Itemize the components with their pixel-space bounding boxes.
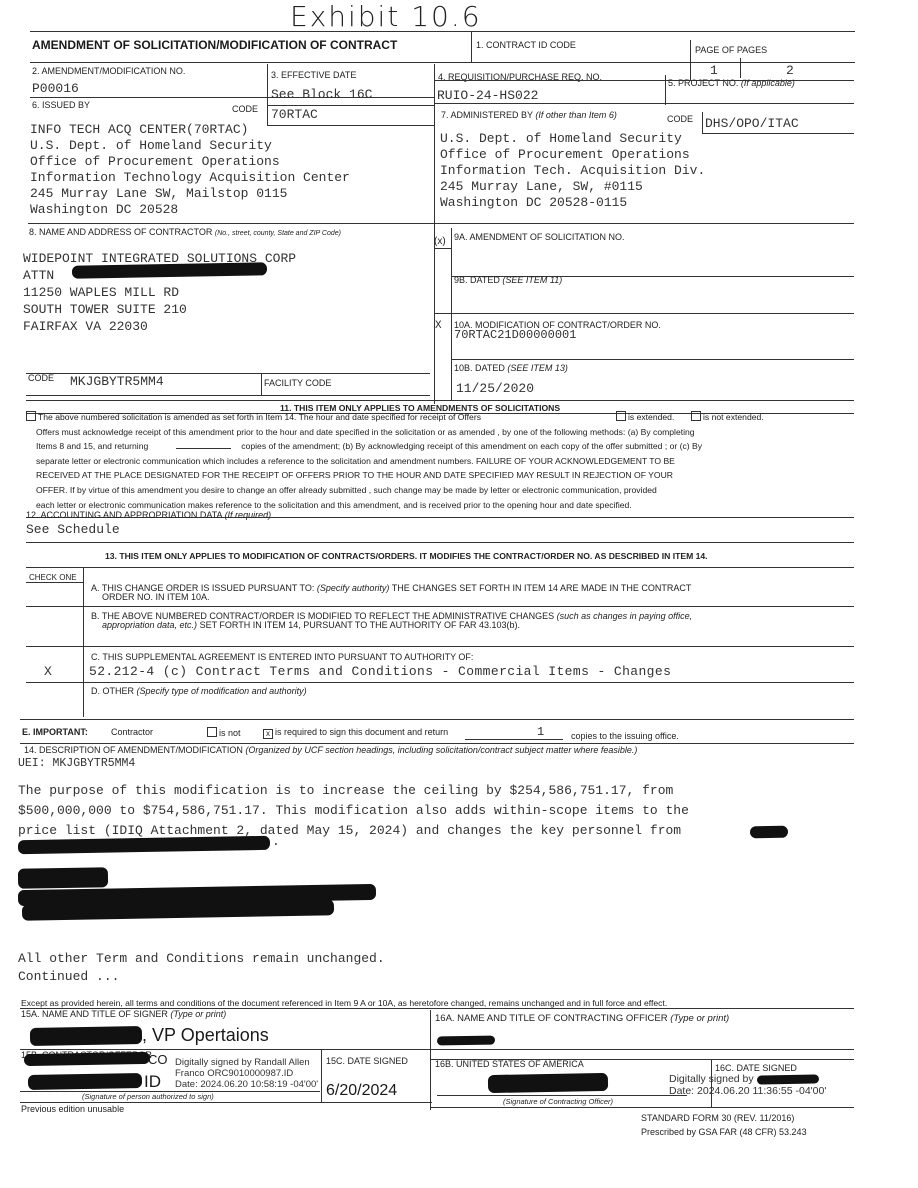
item7-code-label: CODE <box>667 114 693 124</box>
contractor-digital-signature: Digitally signed by Randall AllenFranco … <box>175 1057 318 1090</box>
administered-by-address: U.S. Dept. of Homeland SecurityOffice of… <box>440 131 705 211</box>
footer-left: Previous edition unusable <box>21 1104 124 1114</box>
text-line: All other Term and Conditions remain unc… <box>18 950 385 968</box>
item10a-mark: X <box>435 320 442 332</box>
item6-code-label: CODE <box>232 104 258 114</box>
redaction <box>18 867 108 889</box>
redaction <box>24 1052 150 1066</box>
text-line: Information Tech. Acquisition Div. <box>440 163 705 179</box>
item15c-label: 15C. DATE SIGNED <box>326 1056 408 1066</box>
text-line: Office of Procurement Operations <box>30 154 350 170</box>
item13a-text: A. THIS CHANGE ORDER IS ISSUED PURSUANT … <box>91 584 691 602</box>
text-line: Date: 2024.06.20 10:58:19 -04'00' <box>175 1079 318 1090</box>
item10b-date: 11/25/2020 <box>456 381 534 396</box>
text-line: U.S. Dept. of Homeland Security <box>440 131 705 147</box>
signer-title: , VP Opertaions <box>142 1025 269 1046</box>
item16a-label: 16A. NAME AND TITLE OF CONTRACTING OFFIC… <box>435 1013 729 1024</box>
redaction <box>488 1073 608 1093</box>
contractor-label: Contractor <box>111 727 153 737</box>
item12-label: 12. ACCOUNTING AND APPROPRIATION DATA (I… <box>26 510 271 520</box>
modification-description: The purpose of this modification is to i… <box>18 781 689 841</box>
closing-text: All other Term and Conditions remain unc… <box>18 950 385 986</box>
text-line: Washington DC 20528-0115 <box>440 195 705 211</box>
is-extended-checkbox[interactable] <box>616 411 626 421</box>
item16b-label: 16B. UNITED STATES OF AMERICA <box>435 1059 584 1069</box>
exhibit-note: Exhibit 10.6 <box>290 0 482 33</box>
item10b-label: 10B. DATED (SEE ITEM 13) <box>454 363 568 373</box>
issued-by-address: INFO TECH ACQ CENTER(70RTAC)U.S. Dept. o… <box>30 122 350 218</box>
text-line: Washington DC 20528 <box>30 202 350 218</box>
item3-label: 3. EFFECTIVE DATE <box>271 70 356 80</box>
text-line: Office of Procurement Operations <box>440 147 705 163</box>
text-line: The purpose of this modification is to i… <box>18 781 689 801</box>
total-pages: 2 <box>786 63 794 78</box>
copies-suffix: copies to the issuing office. <box>571 731 679 741</box>
signature-caption: (Signature of person authorized to sign) <box>82 1092 214 1101</box>
redaction <box>18 836 270 854</box>
item9b-label: 9B. DATED (SEE ITEM 11) <box>454 275 562 285</box>
item13c-text: C. THIS SUPPLEMENTAL AGREEMENT IS ENTERE… <box>91 652 473 662</box>
contractor-code: MKJGBYTR5MM4 <box>70 374 164 389</box>
redaction <box>28 1073 142 1090</box>
text-line: Digitally signed by Randall Allen <box>175 1057 318 1068</box>
item15a-label: 15A. NAME AND TITLE OF SIGNER (Type or p… <box>21 1009 226 1019</box>
text-line: Date: 2024.06.20 11:36:55 -04'00' <box>669 1085 826 1097</box>
redaction <box>757 1074 819 1084</box>
text-line: INFO TECH ACQ CENTER(70RTAC) <box>30 122 350 138</box>
is-not-checkbox[interactable] <box>207 727 217 737</box>
text-line: 245 Murray Lane SW, Mailstop 0115 <box>30 186 350 202</box>
item8-label: 8. NAME AND ADDRESS OF CONTRACTOR (No., … <box>29 227 341 237</box>
page-number: 1 <box>710 63 718 78</box>
item13-heading: 13. THIS ITEM ONLY APPLIES TO MODIFICATI… <box>105 551 708 561</box>
copies-count: 1 <box>537 725 544 739</box>
form-number: STANDARD FORM 30 (REV. 11/2016) <box>641 1113 794 1123</box>
administered-by-code: DHS/OPO/ITAC <box>705 116 799 131</box>
is-not-option: is not <box>207 727 241 738</box>
important-label: E. IMPORTANT: <box>22 727 88 737</box>
item13d-text: D. OTHER (Specify type of modification a… <box>91 686 307 696</box>
facility-code-label: FACILITY CODE <box>264 378 331 388</box>
accounting-data: See Schedule <box>26 522 120 537</box>
text-line: 245 Murray Lane, SW, #0115 <box>440 179 705 195</box>
text-line: U.S. Dept. of Homeland Security <box>30 138 350 154</box>
authority-citation: 52.212-4 (c) Contract Terms and Conditio… <box>89 664 671 679</box>
amended-checkbox[interactable] <box>26 411 36 421</box>
x-column-header: (x) <box>434 236 446 247</box>
text-line: 11250 WAPLES MILL RD <box>23 284 296 301</box>
modification-number: P00016 <box>32 81 79 96</box>
redaction <box>750 826 788 839</box>
text-line: Franco ORC9010000987.ID <box>175 1068 318 1079</box>
text-line: FAIRFAX VA 22030 <box>23 318 296 335</box>
is-required-checkbox[interactable]: x <box>263 729 273 739</box>
item8-code-label: CODE <box>28 373 54 383</box>
redaction <box>437 1035 495 1045</box>
item2-label: 2. AMENDMENT/MODIFICATION NO. <box>32 66 185 76</box>
item13c-mark: X <box>44 664 52 679</box>
redaction <box>30 1026 142 1046</box>
contractor-date-signed: 6/20/2024 <box>326 1082 397 1100</box>
item6-label: 6. ISSUED BY <box>32 100 90 110</box>
text-line: SOUTH TOWER SUITE 210 <box>23 301 296 318</box>
uei-line: UEI: MKJGBYTR5MM4 <box>18 757 135 770</box>
text-line: Continued ... <box>18 968 385 986</box>
contract-id-label: 1. CONTRACT ID CODE <box>476 40 576 50</box>
text-line: $500,000,000 to $754,586,751.17. This mo… <box>18 801 689 821</box>
is-not-extended-checkbox[interactable] <box>691 411 701 421</box>
item14-label: 14. DESCRIPTION OF AMENDMENT/MODIFICATIO… <box>24 745 637 755</box>
requisition-number: RUIO-24-HS022 <box>437 88 538 103</box>
item16c-label: 16C. DATE SIGNED <box>715 1063 797 1073</box>
item11-body: The above numbered solicitation is amend… <box>26 410 856 512</box>
item7-label: 7. ADMINISTERED BY (If other than Item 6… <box>441 110 617 120</box>
item9a-label: 9A. AMENDMENT OF SOLICITATION NO. <box>454 232 625 242</box>
form-title: AMENDMENT OF SOLICITATION/MODIFICATION O… <box>32 38 397 52</box>
contract-order-number: 70RTAC21D00000001 <box>454 328 576 342</box>
item13b-text: B. THE ABOVE NUMBERED CONTRACT/ORDER IS … <box>91 612 692 630</box>
except-clause: Except as provided herein, all terms and… <box>21 998 667 1008</box>
issued-by-code: 70RTAC <box>271 107 318 122</box>
effective-date: See Block 16C <box>271 87 372 102</box>
is-required-option: xis required to sign this document and r… <box>263 727 448 739</box>
text-line: Information Technology Acquisition Cente… <box>30 170 350 186</box>
check-one-label: CHECK ONE <box>29 573 77 582</box>
contracting-officer-signature-caption: (Signature of Contracting Officer) <box>503 1097 613 1106</box>
page-of-pages-label: PAGE OF PAGES <box>695 45 767 55</box>
prescribed-by: Prescribed by GSA FAR (48 CFR) 53.243 <box>641 1127 807 1137</box>
